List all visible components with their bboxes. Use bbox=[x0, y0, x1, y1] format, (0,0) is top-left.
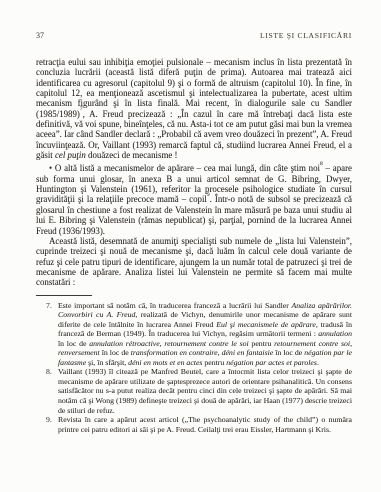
footnote-text: Vaillant (1993) îl citează pe Manfred Be… bbox=[58, 367, 352, 415]
italic-text: annulation rétroactive bbox=[89, 339, 159, 348]
body-text: retracţia eului sau inhibiţia emoţiei pu… bbox=[36, 57, 352, 288]
text-run: Vaillant (1993) îl citează pe Manfred Be… bbox=[58, 367, 352, 414]
footnote-reference: 8 bbox=[320, 161, 323, 167]
italic-text: déni en mots et en actes bbox=[128, 358, 202, 367]
footnote: 7.Este important să notăm că, în traduce… bbox=[36, 301, 352, 368]
paragraph: • O altă listă a mecanismelor de apărare… bbox=[36, 163, 352, 235]
text-run: Această listă, desemnată de anumiţi spec… bbox=[36, 236, 352, 287]
paragraph: retracţia eului sau inhibiţia emoţiei pu… bbox=[36, 57, 352, 160]
footnote-reference: 7 bbox=[80, 106, 83, 112]
text-run: în loc de bbox=[273, 348, 304, 357]
text-run: în loc de bbox=[58, 339, 89, 348]
footnote-number: 7. bbox=[46, 301, 58, 368]
footnote: 9.Revista în care a apărut acest articol… bbox=[36, 415, 352, 434]
footnote-number: 8. bbox=[46, 367, 58, 415]
footnote-number: 9. bbox=[46, 415, 58, 434]
text-run: pentru bbox=[202, 358, 226, 367]
footnotes: 7.Este important să notăm că, în traduce… bbox=[36, 301, 352, 435]
running-title: LISTE ŞI CLASIFICĂRI bbox=[260, 31, 352, 41]
text-run: , bbox=[350, 339, 352, 348]
text-run: . bbox=[317, 358, 319, 367]
text-run: douăzeci de mecanisme ! bbox=[86, 150, 178, 160]
italic-text: cel puţin bbox=[55, 150, 86, 160]
italic-text: Eul şi mecanismele de apărare bbox=[216, 320, 316, 329]
page-number: 37 bbox=[36, 31, 44, 41]
italic-text: transformation en contraire bbox=[131, 348, 218, 357]
italic-text: négation par actes et paroles bbox=[226, 358, 317, 367]
text-run: • O altă listă a mecanismelor de apărare… bbox=[49, 163, 320, 173]
footnote-text: Este important să notăm că, în traducere… bbox=[58, 301, 352, 368]
page-header: 37 LISTE ŞI CLASIFICĂRI bbox=[36, 31, 352, 41]
text-run: pentru bbox=[249, 339, 274, 348]
italic-text: déni en fantaisie bbox=[222, 348, 274, 357]
italic-text: annulation bbox=[318, 329, 352, 338]
italic-text: retournement contre le soi bbox=[164, 339, 248, 348]
italic-text: renversement bbox=[58, 348, 100, 357]
text-run: Revista în care a apărut acest articol (… bbox=[58, 415, 352, 434]
book-page: 37 LISTE ŞI CLASIFICĂRI retracţia eului … bbox=[0, 0, 381, 492]
footnote-text: Revista în care a apărut acest articol (… bbox=[58, 415, 352, 434]
text-run: în loc de bbox=[100, 348, 131, 357]
italic-text: retournement contre soi bbox=[274, 339, 350, 348]
footnote-separator bbox=[36, 295, 92, 296]
text-run: Este important să notăm că, în traducere… bbox=[58, 301, 292, 310]
text-run: şi, în sfârşit, bbox=[86, 358, 128, 367]
footnote: 8.Vaillant (1993) îl citează pe Manfred … bbox=[36, 367, 352, 415]
footnote-reference: 9 bbox=[207, 192, 210, 198]
paragraph: Această listă, desemnată de anumiţi spec… bbox=[36, 236, 352, 288]
